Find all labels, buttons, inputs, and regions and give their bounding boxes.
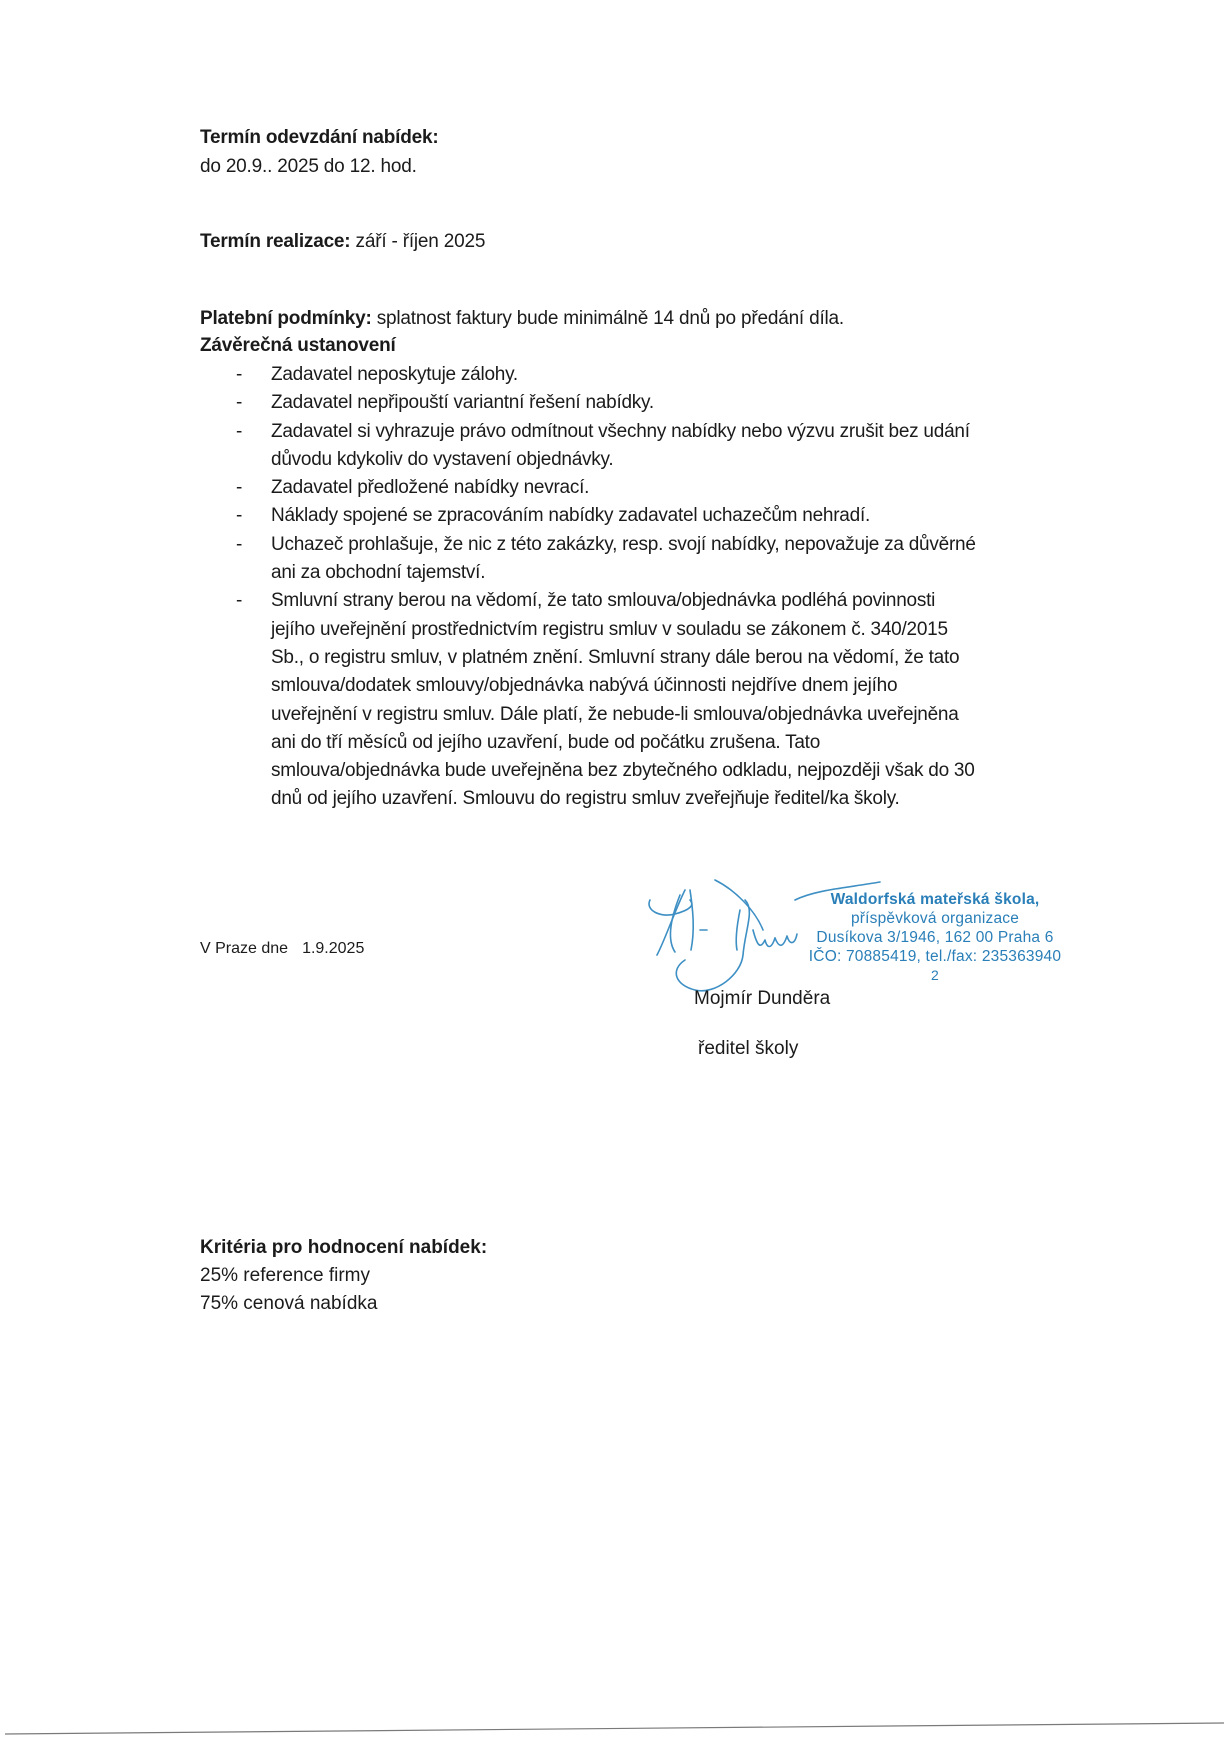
criteria-item: 75% cenová nabídka bbox=[200, 1290, 487, 1318]
provision-text-line: Zadavatel neposkytuje zálohy. bbox=[271, 361, 1103, 389]
stamp-line-4: IČO: 70885419, tel./fax: 235363940 bbox=[800, 947, 1070, 966]
provision-text-line: důvodu kdykoliv do vystavení objednávky. bbox=[271, 446, 1103, 474]
bullet-dash: - bbox=[236, 587, 242, 615]
final-provisions-heading: Závěrečná ustanovení bbox=[200, 332, 396, 360]
submission-deadline-label: Termín odevzdání nabídek: bbox=[200, 124, 439, 152]
provision-item: -Zadavatel nepřipouští variantní řešení … bbox=[203, 389, 1103, 417]
provision-text-line: smlouva/objednávka bude uveřejněna bez z… bbox=[271, 757, 1103, 785]
stamp-line-2: příspěvková organizace bbox=[800, 909, 1070, 928]
realization-value: září - říjen 2025 bbox=[356, 231, 486, 252]
stamp-line-5: 2 bbox=[800, 966, 1070, 985]
provision-item: -Zadavatel předložené nabídky nevrací. bbox=[203, 474, 1103, 502]
provision-text-line: dnů od jejího uzavření. Smlouvu do regis… bbox=[271, 785, 1103, 813]
provision-item: -Náklady spojené se zpracováním nabídky … bbox=[203, 502, 1103, 530]
provision-text-line: jejího uveřejnění prostřednictvím regist… bbox=[271, 616, 1103, 644]
bullet-dash: - bbox=[236, 418, 242, 446]
realization-line: Termín realizace: září - říjen 2025 bbox=[200, 228, 485, 256]
provision-text-line: smlouva/dodatek smlouvy/objednávka nabýv… bbox=[271, 672, 1103, 700]
provision-item: -Uchazeč prohlašuje, že nic z této zakáz… bbox=[203, 531, 1103, 588]
signer-role: ředitel školy bbox=[698, 1036, 798, 1062]
realization-label: Termín realizace: bbox=[200, 231, 350, 252]
payment-terms-value: splatnost faktury bude minimálně 14 dnů … bbox=[377, 308, 844, 329]
provision-text-line: Zadavatel si vyhrazuje právo odmítnout v… bbox=[271, 418, 1103, 446]
stamp-line-1: Waldorfská mateřská škola, bbox=[800, 890, 1070, 909]
organization-stamp: Waldorfská mateřská škola, příspěvková o… bbox=[800, 890, 1070, 985]
provision-text-line: Uchazeč prohlašuje, že nic z této zakázk… bbox=[271, 531, 1103, 559]
scan-edge-line bbox=[0, 1720, 1224, 1740]
bullet-dash: - bbox=[236, 361, 242, 389]
final-provisions-list: -Zadavatel neposkytuje zálohy.-Zadavatel… bbox=[203, 361, 1103, 814]
provision-text-line: ani za obchodní tajemství. bbox=[271, 559, 1103, 587]
criteria-item: 25% reference firmy bbox=[200, 1262, 487, 1290]
stamp-line-3: Dusíkova 3/1946, 162 00 Praha 6 bbox=[800, 928, 1070, 947]
place-date: V Praze dne1.9.2025 bbox=[200, 938, 364, 960]
provision-text-line: Sb., o registru smluv, v platném znění. … bbox=[271, 644, 1103, 672]
document-page: Termín odevzdání nabídek: do 20.9.. 2025… bbox=[0, 0, 1224, 1745]
criteria-heading: Kritéria pro hodnocení nabídek: bbox=[200, 1234, 487, 1262]
provision-text-line: Náklady spojené se zpracováním nabídky z… bbox=[271, 502, 1103, 530]
bullet-dash: - bbox=[236, 389, 242, 417]
signer-name: Mojmír Dunděra bbox=[694, 986, 830, 1012]
provision-text-line: Zadavatel předložené nabídky nevrací. bbox=[271, 474, 1103, 502]
place-date-label: V Praze dne bbox=[200, 940, 288, 957]
provision-text-line: Smluvní strany berou na vědomí, že tato … bbox=[271, 587, 1103, 615]
bullet-dash: - bbox=[236, 502, 242, 530]
provision-text-line: uveřejnění v registru smluv. Dále platí,… bbox=[271, 701, 1103, 729]
provision-text-line: ani do tří měsíců od jejího uzavření, bu… bbox=[271, 729, 1103, 757]
provision-item: -Smluvní strany berou na vědomí, že tato… bbox=[203, 587, 1103, 813]
place-date-value: 1.9.2025 bbox=[302, 940, 364, 957]
bullet-dash: - bbox=[236, 531, 242, 559]
bullet-dash: - bbox=[236, 474, 242, 502]
submission-deadline-value: do 20.9.. 2025 do 12. hod. bbox=[200, 153, 417, 181]
evaluation-criteria: Kritéria pro hodnocení nabídek: 25% refe… bbox=[200, 1234, 487, 1318]
payment-terms-line: Platební podmínky: splatnost faktury bud… bbox=[200, 305, 844, 333]
provision-item: -Zadavatel neposkytuje zálohy. bbox=[203, 361, 1103, 389]
payment-terms-label: Platební podmínky: bbox=[200, 308, 372, 329]
provision-text-line: Zadavatel nepřipouští variantní řešení n… bbox=[271, 389, 1103, 417]
provision-item: -Zadavatel si vyhrazuje právo odmítnout … bbox=[203, 418, 1103, 475]
